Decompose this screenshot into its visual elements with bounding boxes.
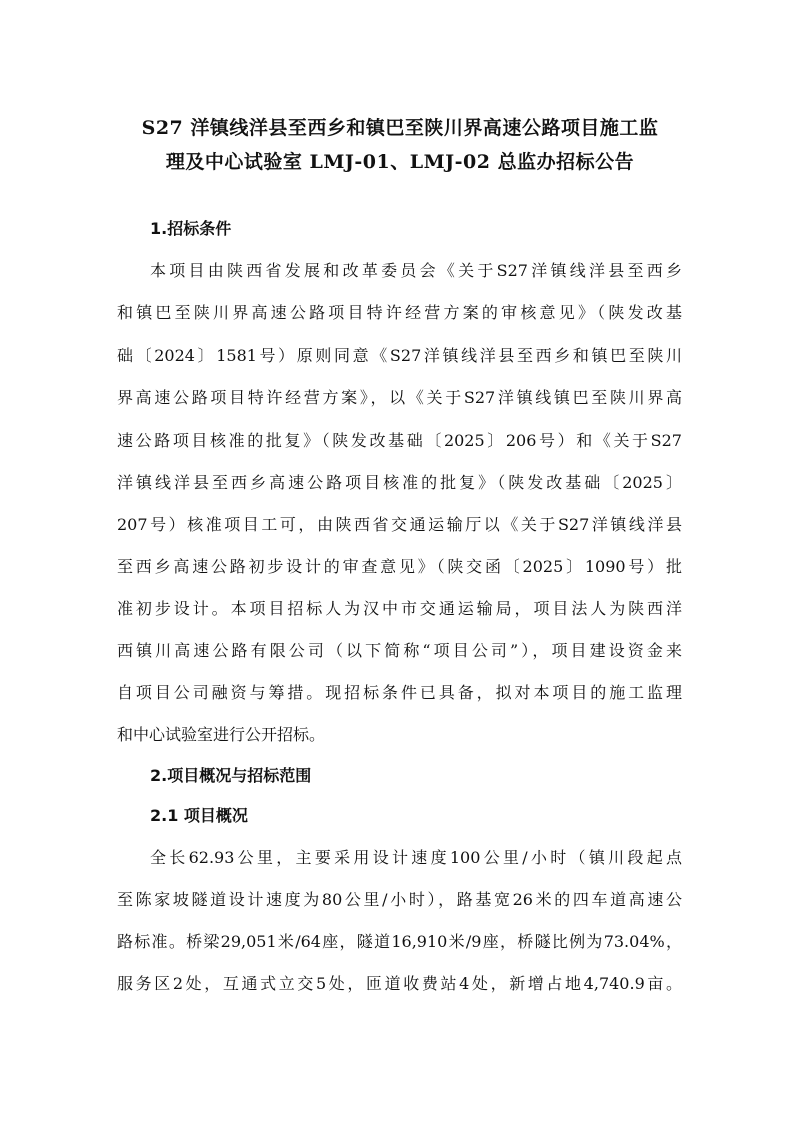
paragraph-line: 服务区2处，互通式立交5处，匝道收费站4处，新增占地4,740.9亩。 (117, 971, 682, 994)
paragraph-line: 至西乡高速公路初步设计的审查意见》（陕交函〔2025〕1090号）批 (117, 554, 682, 577)
paragraph-line: 至陈家坡隧道设计速度为80公里/小时），路基宽26米的四车道高速公 (117, 887, 682, 910)
document-page: S27 洋镇线洋县至西乡和镇巴至陕川界高速公路项目施工监 理及中心试验室 LMJ… (0, 0, 793, 1122)
document-title-line-2: 理及中心试验室 LMJ-01、LMJ-02 总监办招标公告 (100, 147, 700, 174)
paragraph-line: 洋镇线洋县至西乡高速公路项目核准的批复》（陕发改基础〔2025〕 (117, 470, 682, 493)
paragraph-line: 全长62.93公里，主要采用设计速度100公里/小时（镇川段起点 (150, 845, 682, 868)
paragraph-line: 207号）核准项目工可，由陕西省交通运输厅以《关于S27洋镇线洋县 (117, 512, 682, 535)
section-heading-2: 2.项目概况与招标范围 (150, 763, 311, 786)
paragraph-line: 和中心试验室进行公开招标。 (117, 722, 682, 745)
section-heading-1: 1.招标条件 (150, 216, 231, 239)
paragraph-line: 路标准。桥梁29,051米/64座，隧道16,910米/9座，桥隧比例为73.0… (117, 929, 682, 952)
document-title-line-1: S27 洋镇线洋县至西乡和镇巴至陕川界高速公路项目施工监 (100, 113, 700, 140)
paragraph-line: 本项目由陕西省发展和改革委员会《关于S27洋镇线洋县至西乡 (150, 258, 682, 281)
paragraph-line: 西镇川高速公路有限公司（以下简称“项目公司”），项目建设资金来 (117, 638, 682, 661)
paragraph-line: 界高速公路项目特许经营方案》，以《关于S27洋镇线镇巴至陕川界高 (117, 385, 682, 408)
paragraph-line: 准初步设计。本项目招标人为汉中市交通运输局，项目法人为陕西洋 (117, 596, 682, 619)
paragraph-line: 础〔2024〕1581号）原则同意《S27洋镇线洋县至西乡和镇巴至陕川 (117, 343, 682, 366)
paragraph-line: 速公路项目核准的批复》（陕发改基础〔2025〕206号）和《关于S27 (117, 428, 682, 451)
paragraph-line: 和镇巴至陕川界高速公路项目特许经营方案的审核意见》（陕发改基 (117, 300, 682, 323)
section-heading-2-1: 2.1 项目概况 (150, 803, 248, 826)
paragraph-line: 自项目公司融资与筹措。现招标条件已具备，拟对本项目的施工监理 (117, 680, 682, 703)
